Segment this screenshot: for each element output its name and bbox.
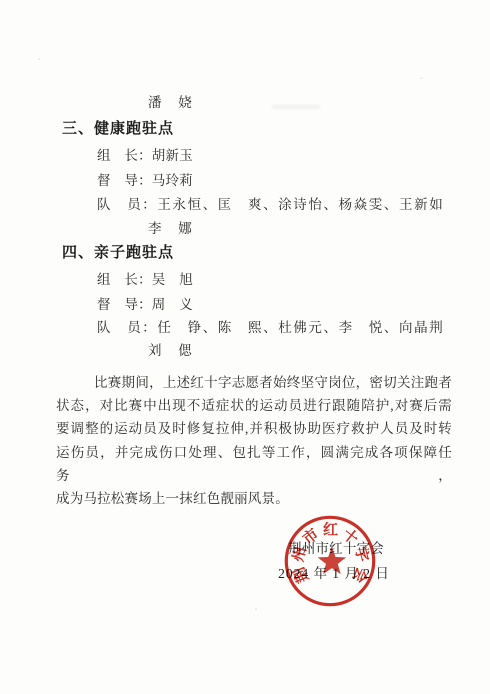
paragraph-line: 状态，对比赛中出现不适症状的运动员进行跟随陪护,对赛后需 (56, 394, 452, 417)
role-line-members-wrap: 李 娜 (148, 221, 193, 236)
paragraph-line: 比赛期间，上述红十字志愿者始终坚守岗位，密切关注跑者 (56, 371, 452, 394)
scan-smear (272, 105, 320, 109)
role-line-leader: 组 长：吴 旭 (97, 272, 193, 287)
role-line-supervisor: 督 导：周 义 (97, 297, 193, 312)
seal-arc-char: 州 (290, 545, 310, 564)
scan-speck (38, 58, 40, 60)
section-heading-health-run: 三、健康跑驻点 (62, 121, 174, 136)
seal-arc-char: 红 (323, 521, 338, 539)
role-line-members-wrap: 刘 偲 (148, 343, 193, 358)
paragraph-line: 要调整的运动员及时修复拉伸,并积极协助医疗救护人员及时转 (56, 417, 452, 440)
summary-paragraph: 比赛期间，上述红十字志愿者始终坚守岗位，密切关注跑者 状态，对比赛中出现不适症状… (56, 371, 452, 510)
roster-carryover-name: 潘 娆 (148, 95, 193, 110)
paragraph-line: 成为马拉松赛场上一抹红色靓丽风景。 (56, 487, 452, 510)
role-line-leader: 组 长：胡新玉 (97, 148, 193, 163)
seal-arc-char: 字 (351, 545, 372, 564)
seal-star-icon (318, 547, 347, 574)
document-page: 潘 娆 三、健康跑驻点 组 长：胡新玉 督 导：马玲莉 队 员：王永恒、匡 爽、… (0, 0, 490, 694)
role-line-members: 队 员：任 铮、陈 熙、杜佛元、李 悦、向晶荆 (97, 320, 444, 335)
paragraph-line: 运伤员，并完成伤口处理、包扎等工作，圆满完成各项保障任务， (56, 441, 452, 487)
section-heading-family-run: 四、亲子跑驻点 (62, 245, 174, 260)
role-line-members: 队 员：王永恒、匡 爽、涂诗怡、杨焱雯、王新如 (97, 197, 444, 212)
role-line-supervisor: 督 导：马玲莉 (97, 173, 193, 188)
official-seal: 荆 州 市 红 十 字 会 (283, 514, 377, 608)
scan-speck (255, 608, 257, 610)
scan-speck (420, 77, 423, 79)
